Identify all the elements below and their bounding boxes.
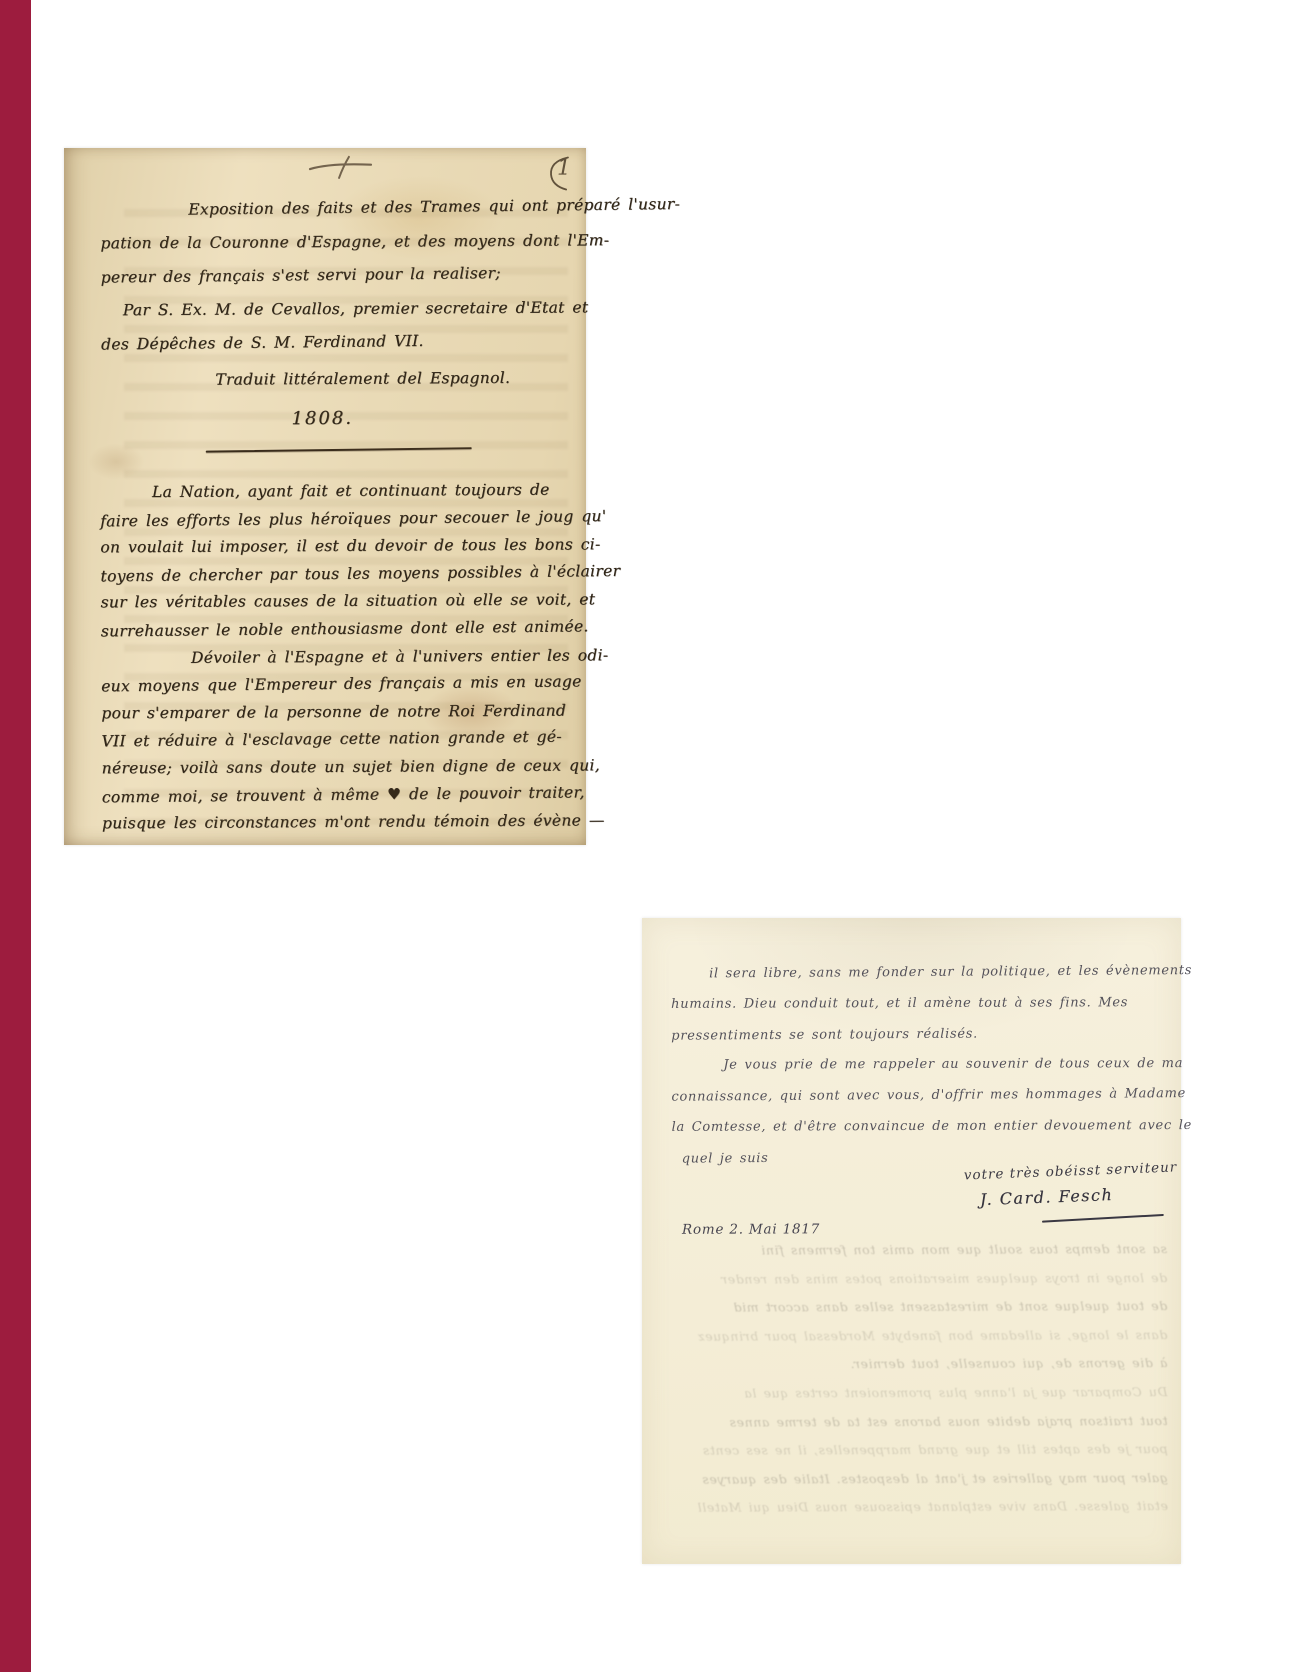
bleedthrough-line: tout traitson praja debite nous barons e… <box>657 1407 1168 1437</box>
handwritten-line: Je vous prie de me rappeler au souvenir … <box>671 1050 1158 1082</box>
handwritten-line: faire les efforts les plus héroïques pou… <box>100 503 572 536</box>
handwritten-line: pressentiments se sont toujours réalisés… <box>671 1018 1158 1052</box>
signature-underline-flourish <box>1042 1214 1164 1223</box>
dateline: Rome 2. Mai 1817 <box>682 1221 820 1237</box>
bleedthrough-line: sa sont demps tous soult que mon amis to… <box>656 1235 1167 1265</box>
handwritten-line: toyens de chercher par tous les moyens p… <box>100 558 572 591</box>
handwritten-line: Dévoiler à l'Espagne et à l'univers enti… <box>101 642 573 672</box>
bleedthrough-line: galer pour may galleries et j'ant al des… <box>657 1464 1168 1494</box>
translation-note-line: Traduit littéralement del Espagnol. <box>215 369 510 389</box>
manuscript-1-body: La Nation, ayant fait et continuant touj… <box>100 476 574 838</box>
handwritten-divider-rule <box>206 447 472 452</box>
handwritten-line: pereur des français s'est servi pour la … <box>100 256 566 295</box>
handwritten-line: Par S. Ex. M. de Cevallos, premier secre… <box>101 291 567 327</box>
year-line: 1808. <box>291 408 353 429</box>
manuscript-1-content: 1 Exposition des faits et des Trames qui… <box>62 146 588 846</box>
manuscript-1-header: Exposition des faits et des Trames qui o… <box>100 191 567 361</box>
bleedthrough-line: de longe in troys quelques miserations p… <box>656 1264 1167 1294</box>
handwritten-line: VII et réduire à l'esclavage cette natio… <box>101 724 573 757</box>
handwritten-line: comme moi, se trouvent à même ♥ de le po… <box>102 779 574 812</box>
manuscript-2-content: il sera libre, sans me fonder sur la pol… <box>641 917 1182 1565</box>
handwritten-line: sur les véritables causes de la situatio… <box>101 587 573 617</box>
handwritten-line: connaissance, qui sont avec vous, d'offr… <box>671 1079 1158 1113</box>
bleedthrough-line: Du Comparar que ja l'anne plus promenoie… <box>656 1378 1167 1408</box>
left-accent-bar <box>0 0 31 1672</box>
handwritten-line: surrehausser le noble enthousiasme dont … <box>101 613 573 646</box>
handwritten-line: pation de la Couronne d'Espagne, et des … <box>100 224 566 260</box>
handwritten-line: néreuse; voilà sans doute un sujet bien … <box>102 752 574 782</box>
signature: J. Card. Fesch <box>980 1185 1114 1209</box>
handwritten-line: pour s'emparer de la personne de notre R… <box>101 697 573 727</box>
bleedthrough-line: de tout quelque sont de mirestassent sel… <box>656 1292 1167 1322</box>
verso-bleedthrough-text: sa sont demps tous soult que mon amis to… <box>656 1235 1168 1523</box>
handwritten-line: eux moyens que l'Empereur des français a… <box>101 669 573 702</box>
manuscript-2-body: il sera libre, sans me fonder sur la pol… <box>671 957 1159 1174</box>
handwritten-line: il sera libre, sans me fonder sur la pol… <box>671 956 1158 990</box>
handwritten-line: La Nation, ayant fait et continuant touj… <box>100 476 572 506</box>
bleedthrough-line: dans le longe, si alledame bon fanebyte … <box>656 1321 1167 1351</box>
handwritten-line: Exposition des faits et des Trames qui o… <box>100 189 566 228</box>
bleedthrough-line: pour je des aptes till et que grand marp… <box>657 1435 1168 1465</box>
bleedthrough-line: à die gerons de, qui counselle, tout der… <box>656 1349 1167 1379</box>
handwritten-line: des Dépêches de S. M. Ferdinand VII. <box>101 323 567 362</box>
handwritten-line: puisque les circonstances m'ont rendu té… <box>102 808 574 838</box>
page-number-digit: 1 <box>557 155 571 180</box>
cross-mark-icon <box>308 154 374 180</box>
manuscript-scan-2: il sera libre, sans me fonder sur la pol… <box>642 918 1181 1564</box>
handwritten-line: humains. Dieu conduit tout, et il amène … <box>671 988 1158 1020</box>
handwritten-line: on voulait lui imposer, il est du devoir… <box>100 532 572 562</box>
bleedthrough-line: etait galesse. Dans vive estplanat episs… <box>657 1492 1168 1522</box>
manuscript-scan-1: 1 Exposition des faits et des Trames qui… <box>64 148 586 845</box>
handwritten-line: la Comtesse, et d'être convaincue de mon… <box>672 1111 1159 1143</box>
